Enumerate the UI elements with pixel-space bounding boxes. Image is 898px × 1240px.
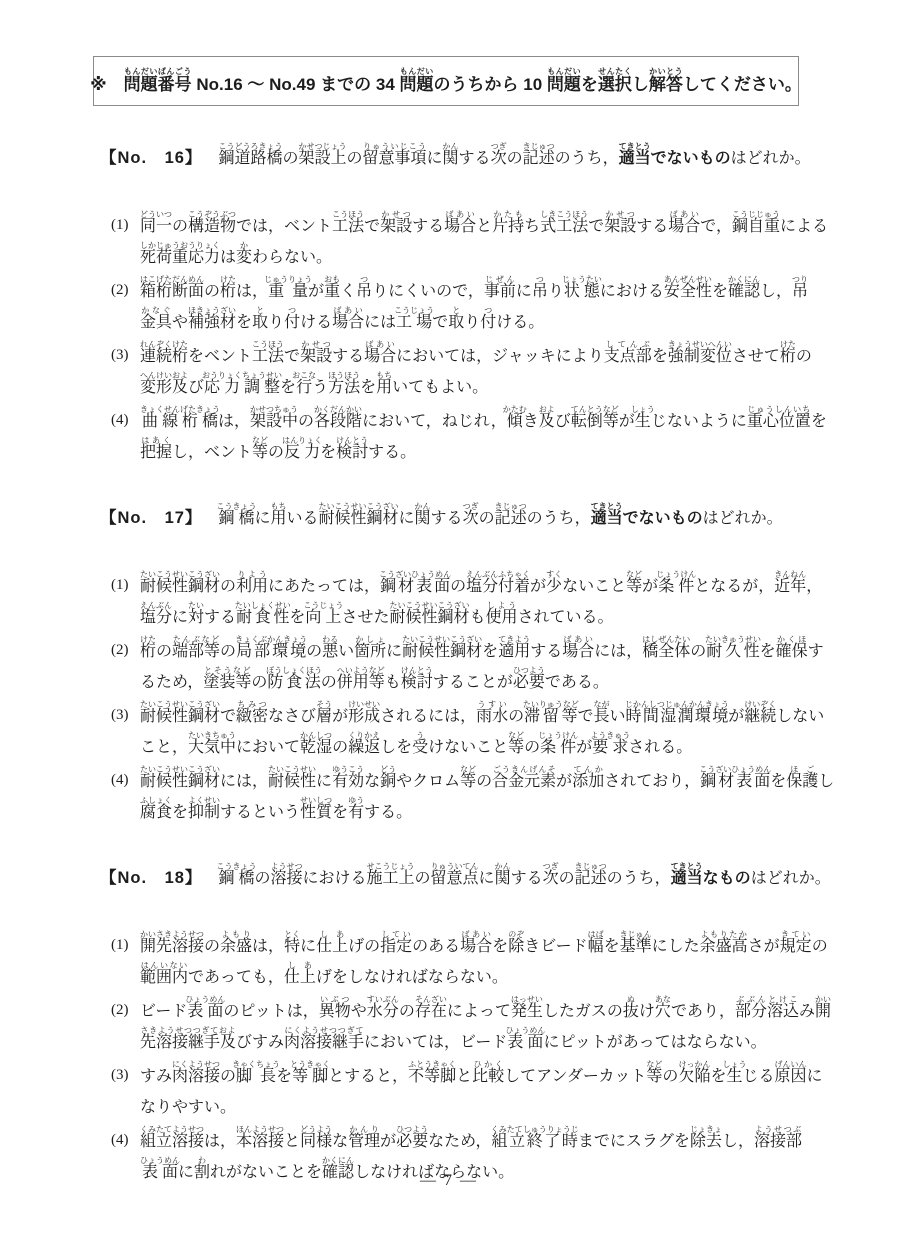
options-list: (1) 開先溶接かいさきようせつの余盛よもりは，特とくに仕上しあげの指定していの… xyxy=(100,930,838,1188)
option-number: (3) xyxy=(111,1060,129,1091)
option-item: (1) 耐候性鋼材たいこうせいこうざいの利用りようにあたっては，鋼材表面こうざい… xyxy=(100,570,838,633)
question-16: 【No. 16】 鋼道路橋こうどうろきょうの架設上かせつじょうの留意事項りゅうい… xyxy=(100,142,838,468)
question-18: 【No. 18】 鋼橋こうきょうの溶接ようせつにおける施工上せこうじょうの留意点… xyxy=(100,862,838,1188)
option-text: 耐候性鋼材たいこうせいこうざいの利用りようにあたっては，鋼材表面こうざいひょうめ… xyxy=(140,578,822,626)
option-item: (3) 連続桁れんぞくけたをベント工法こうほうで架設かせつする場合ばあいにおいて… xyxy=(100,340,838,403)
option-text: 耐候性鋼材たいこうせいこうざいには，耐候性たいこうせいに有効ゆうこうな銅どうやク… xyxy=(140,773,834,821)
option-item: (1) 同一どういつの構造物こうぞうぶつでは，ベント工法こうほうで架設かせつする… xyxy=(100,210,838,273)
option-item: (2) ビード表面ひょうめんのピットは，異物いぶつや水分すいぶんの存在そんざいに… xyxy=(100,995,838,1058)
page-number: — 7 — xyxy=(0,1172,898,1190)
option-item: (4) 曲線桁橋きょくせんげたきょうは，架設中かせつちゅうの各段階かくだんかいに… xyxy=(100,405,838,468)
question-heading: 【No. 18】 鋼橋こうきょうの溶接ようせつにおける施工上せこうじょうの留意点… xyxy=(100,862,838,894)
option-number: (2) xyxy=(111,635,129,666)
option-number: (4) xyxy=(111,405,129,436)
options-list: (1) 耐候性鋼材たいこうせいこうざいの利用りようにあたっては，鋼材表面こうざい… xyxy=(100,570,838,828)
options-list: (1) 同一どういつの構造物こうぞうぶつでは，ベント工法こうほうで架設かせつする… xyxy=(100,210,838,468)
option-text: 連続桁れんぞくけたをベント工法こうほうで架設かせつする場合ばあいにおいては，ジャ… xyxy=(140,348,812,396)
question-list: 【No. 16】 鋼道路橋こうどうろきょうの架設上かせつじょうの留意事項りゅうい… xyxy=(0,106,898,1188)
question-number: 【No. 16】 xyxy=(100,149,202,167)
question-heading: 【No. 16】 鋼道路橋こうどうろきょうの架設上かせつじょうの留意事項りゅうい… xyxy=(100,142,838,174)
option-number: (2) xyxy=(111,995,129,1026)
option-item: (3) すみ肉溶接にくようせつの脚長きゃくちょうを等脚とうきゃくとすると，不等脚… xyxy=(100,1060,838,1123)
option-item: (3) 耐候性鋼材たいこうせいこうざいで緻密ちみつなさび層そうが形成けいせいされ… xyxy=(100,700,838,763)
question-number: 【No. 17】 xyxy=(100,509,202,527)
option-text: ビード表面ひょうめんのピットは，異物いぶつや水分すいぶんの存在そんざいによって発… xyxy=(140,1003,831,1051)
option-number: (2) xyxy=(111,275,129,306)
option-item: (2) 桁けたの端部等たんぶなどの局部環境きょくぶかんきょうの悪わるい箇所かしょ… xyxy=(100,635,838,698)
notice-text: ※ 問題番号もんだいばんごう No.16 ～ No.49 までの 34 問題もん… xyxy=(90,67,802,95)
option-number: (3) xyxy=(111,340,129,371)
option-item: (4) 耐候性鋼材たいこうせいこうざいには，耐候性たいこうせいに有効ゆうこうな銅… xyxy=(100,765,838,828)
option-text: すみ肉溶接にくようせつの脚長きゃくちょうを等脚とうきゃくとすると，不等脚ふとうき… xyxy=(140,1068,823,1116)
option-number: (1) xyxy=(111,570,129,601)
question-title: 鋼橋こうきょうの溶接ようせつにおける施工上せこうじょうの留意点りゅういてんに関か… xyxy=(218,870,830,887)
option-number: (3) xyxy=(111,700,129,731)
option-number: (4) xyxy=(111,1125,129,1156)
option-text: 曲線桁橋きょくせんげたきょうは，架設中かせつちゅうの各段階かくだんかいにおいて，… xyxy=(140,413,827,461)
option-item: (1) 開先溶接かいさきようせつの余盛よもりは，特とくに仕上しあげの指定していの… xyxy=(100,930,838,993)
option-item: (2) 箱桁断面はこげただんめんの桁けたは，重量じゅうりょうが重おもく吊つりにく… xyxy=(100,275,838,338)
exam-page: ※ 問題番号もんだいばんごう No.16 ～ No.49 までの 34 問題もん… xyxy=(0,0,898,1240)
option-text: 耐候性鋼材たいこうせいこうざいで緻密ちみつなさび層そうが形成けいせいされるには，… xyxy=(140,708,824,756)
option-text: 桁けたの端部等たんぶなどの局部環境きょくぶかんきょうの悪わるい箇所かしょに耐候性… xyxy=(140,643,824,691)
notice-banner: ※ 問題番号もんだいばんごう No.16 ～ No.49 までの 34 問題もん… xyxy=(93,56,799,106)
question-heading: 【No. 17】 鋼橋こうきょうに用もちいる耐候性鋼材たいこうせいこうざいに関か… xyxy=(100,502,838,534)
option-number: (1) xyxy=(111,930,129,961)
question-title: 鋼橋こうきょうに用もちいる耐候性鋼材たいこうせいこうざいに関かんする次つぎの記述… xyxy=(218,510,782,527)
option-text: 開先溶接かいさきようせつの余盛よもりは，特とくに仕上しあげの指定していのある場合… xyxy=(140,938,828,986)
option-number: (4) xyxy=(111,765,129,796)
question-17: 【No. 17】 鋼橋こうきょうに用もちいる耐候性鋼材たいこうせいこうざいに関か… xyxy=(100,502,838,828)
question-title: 鋼道路橋こうどうろきょうの架設上かせつじょうの留意事項りゅういじこうに関かんする… xyxy=(218,150,810,167)
question-number: 【No. 18】 xyxy=(100,869,202,887)
option-text: 箱桁断面はこげただんめんの桁けたは，重量じゅうりょうが重おもく吊つりにくいので，… xyxy=(140,283,808,331)
option-text: 同一どういつの構造物こうぞうぶつでは，ベント工法こうほうで架設かせつする場合ばあ… xyxy=(140,218,828,266)
option-number: (1) xyxy=(111,210,129,241)
